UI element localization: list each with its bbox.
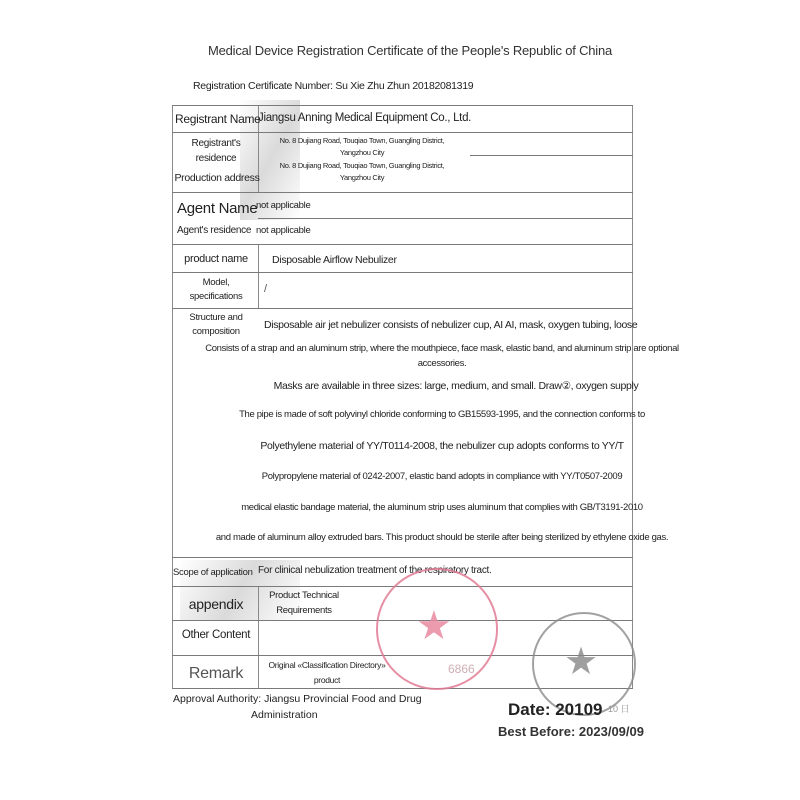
remark-value: Original «Classification Directory» prod… xyxy=(258,658,396,688)
approval-authority: Approval Authority: Jiangsu Provincial F… xyxy=(173,693,422,705)
approval-authority-label: Approval Authority: xyxy=(173,693,261,705)
approval-authority-line2: Administration xyxy=(251,709,318,721)
scope-label: Scope of application xyxy=(173,567,253,578)
remark-label: Remark xyxy=(174,665,258,683)
company-seal-stamp: ★ 6866 xyxy=(376,568,498,690)
star-icon: ★ xyxy=(564,642,598,682)
structure-line: Polypropylene material of 0242-2007, ela… xyxy=(172,471,712,482)
registrant-residence-line1: No. 8 Dujiang Road, Touqiao Town, Guangl… xyxy=(262,135,462,147)
structure-label-line2: composition xyxy=(174,325,258,339)
product-name-value: Disposable Airflow Nebulizer xyxy=(272,254,397,266)
structure-label-line1: Structure and xyxy=(174,311,258,325)
registrant-residence-line2: Yangzhou City xyxy=(262,147,462,159)
issue-date: Date: 20109 xyxy=(508,700,603,720)
star-icon: ★ xyxy=(416,606,452,646)
agent-name-label: Agent Name xyxy=(177,200,257,217)
structure-line: Masks are available in three sizes: larg… xyxy=(236,380,676,392)
structure-line: Polyethylene material of YY/T0114-2008, … xyxy=(172,440,712,452)
model-spec-label: Model, specifications xyxy=(174,276,258,304)
appendix-value-line2: Requirements xyxy=(258,603,350,618)
agent-residence-value: not applicable xyxy=(256,225,310,236)
registration-number-label: Registration Certificate Number: xyxy=(193,80,333,92)
other-content-label: Other Content xyxy=(174,629,258,641)
structure-line: Consists of a strap and an aluminum stri… xyxy=(172,343,712,354)
production-address-line2: Yangzhou City xyxy=(262,172,462,184)
registrant-residence-label: Registrant's residence xyxy=(174,136,258,166)
model-spec-label-line2: specifications xyxy=(174,290,258,304)
model-spec-label-line1: Model, xyxy=(174,276,258,290)
product-name-label: product name xyxy=(174,253,258,265)
structure-line: medical elastic bandage material, the al… xyxy=(172,502,712,513)
appendix-value-line1: Product Technical xyxy=(258,588,350,603)
agent-name-value: not applicable xyxy=(256,200,310,211)
structure-line: accessories. xyxy=(172,358,712,369)
appendix-label: appendix xyxy=(174,596,258,612)
company-seal-code: 6866 xyxy=(448,662,475,676)
registrant-name-value: Jiangsu Anning Medical Equipment Co., Lt… xyxy=(258,112,471,124)
structure-line: Disposable air jet nebulizer consists of… xyxy=(258,319,684,331)
registration-number: Registration Certificate Number: Su Xie … xyxy=(193,80,473,92)
issue-date-suffix: 10 日 xyxy=(608,702,630,715)
structure-line: The pipe is made of soft polyvinyl chlor… xyxy=(172,409,712,420)
production-address-line1: No. 8 Dujiang Road, Touqiao Town, Guangl… xyxy=(262,160,462,172)
registrant-residence-value: No. 8 Dujiang Road, Touqiao Town, Guangl… xyxy=(262,135,462,159)
approval-authority-line1: Jiangsu Provincial Food and Drug xyxy=(264,693,422,705)
appendix-value: Product Technical Requirements xyxy=(258,588,350,618)
production-address-value: No. 8 Dujiang Road, Touqiao Town, Guangl… xyxy=(262,160,462,184)
production-address-label: Production address xyxy=(174,172,260,184)
registration-number-value: Su Xie Zhu Zhun 20182081319 xyxy=(335,80,473,92)
agent-residence-label: Agent's residence xyxy=(177,225,251,236)
registrant-name-label: Registrant Name xyxy=(175,112,260,126)
certificate-title: Medical Device Registration Certificate … xyxy=(170,42,650,59)
remark-value-line2: product xyxy=(258,673,396,688)
remark-value-line1: Original «Classification Directory» xyxy=(258,658,396,673)
best-before-date: Best Before: 2023/09/09 xyxy=(498,724,644,739)
structure-line: and made of aluminum alloy extruded bars… xyxy=(172,532,712,543)
structure-label: Structure and composition xyxy=(174,311,258,339)
model-spec-value: / xyxy=(264,283,267,295)
